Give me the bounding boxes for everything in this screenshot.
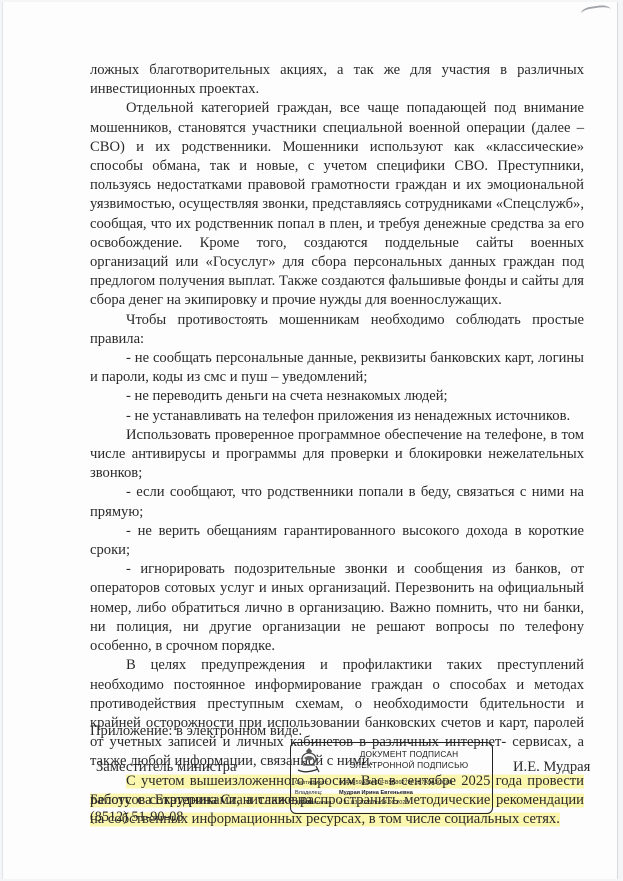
rule-item: - не сообщать персональные данные, рекви…	[90, 349, 584, 387]
rule-item: - не устанавливать на телефон приложения…	[90, 407, 584, 426]
owner-value: Мудрая Ирина Евгеньевна	[339, 790, 413, 796]
coat-of-arms-icon	[296, 746, 322, 776]
stamp-title-line: ДОКУМЕНТ ПОДПИСАН	[329, 749, 489, 760]
document-page: ложных благотворительных акциях, а так ж…	[2, 2, 618, 879]
executor-phone: (8512) 51-90-08	[90, 809, 312, 826]
validity-value: с 21.03.2025 по 14.06.2026	[339, 800, 409, 806]
paragraph: Отдельной категорией граждан, все чаще п…	[90, 99, 584, 310]
rule-item: - не верить обещаниям гарантированного в…	[90, 522, 584, 560]
signer-position: Заместитель министра	[96, 759, 236, 776]
stamp-validity-row: Действителен:с 21.03.2025 по 14.06.2026	[295, 800, 409, 807]
stamp-certificate-row: Сертификат:00FAF59A89F10FB5B86278F1B7A9A…	[295, 780, 452, 787]
e-signature-stamp: ДОКУМЕНТ ПОДПИСАН ЭЛЕКТРОННОЙ ПОДПИСЬЮ С…	[290, 742, 493, 814]
rule-item: - не переводить деньги на счета незнаком…	[90, 387, 584, 406]
rule-item: - игнорировать подозрительные звонки и с…	[90, 560, 584, 656]
signer-name: И.Е. Мудрая	[513, 759, 590, 776]
letter-body: ложных благотворительных акциях, а так ж…	[90, 61, 584, 829]
paragraph: Чтобы противостоять мошенникам необходим…	[90, 311, 584, 349]
stamp-title-line: ЭЛЕКТРОННОЙ ПОДПИСЬЮ	[329, 760, 489, 771]
certificate-value: 00FAF59A89F10FB5B86278F1B7A9A3CC88	[339, 780, 452, 786]
rule-item: - если сообщают, что родственники попали…	[90, 483, 584, 521]
paragraph: ложных благотворительных акциях, а так ж…	[90, 61, 584, 99]
paragraph: Использовать проверенное программное обе…	[90, 426, 584, 484]
executor-name: Белоусова Екатерина Станиславовна	[90, 792, 312, 809]
certificate-label: Сертификат:	[295, 780, 339, 787]
stamp-title: ДОКУМЕНТ ПОДПИСАН ЭЛЕКТРОННОЙ ПОДПИСЬЮ	[329, 749, 489, 770]
attachment-note: Приложение: в электронном виде.	[90, 723, 302, 740]
stamp-owner-row: Владелец:Мудрая Ирина Евгеньевна	[295, 790, 413, 797]
executor-info: Белоусова Екатерина Станиславовна (8512)…	[90, 792, 312, 826]
page-corner-fold	[580, 4, 612, 22]
